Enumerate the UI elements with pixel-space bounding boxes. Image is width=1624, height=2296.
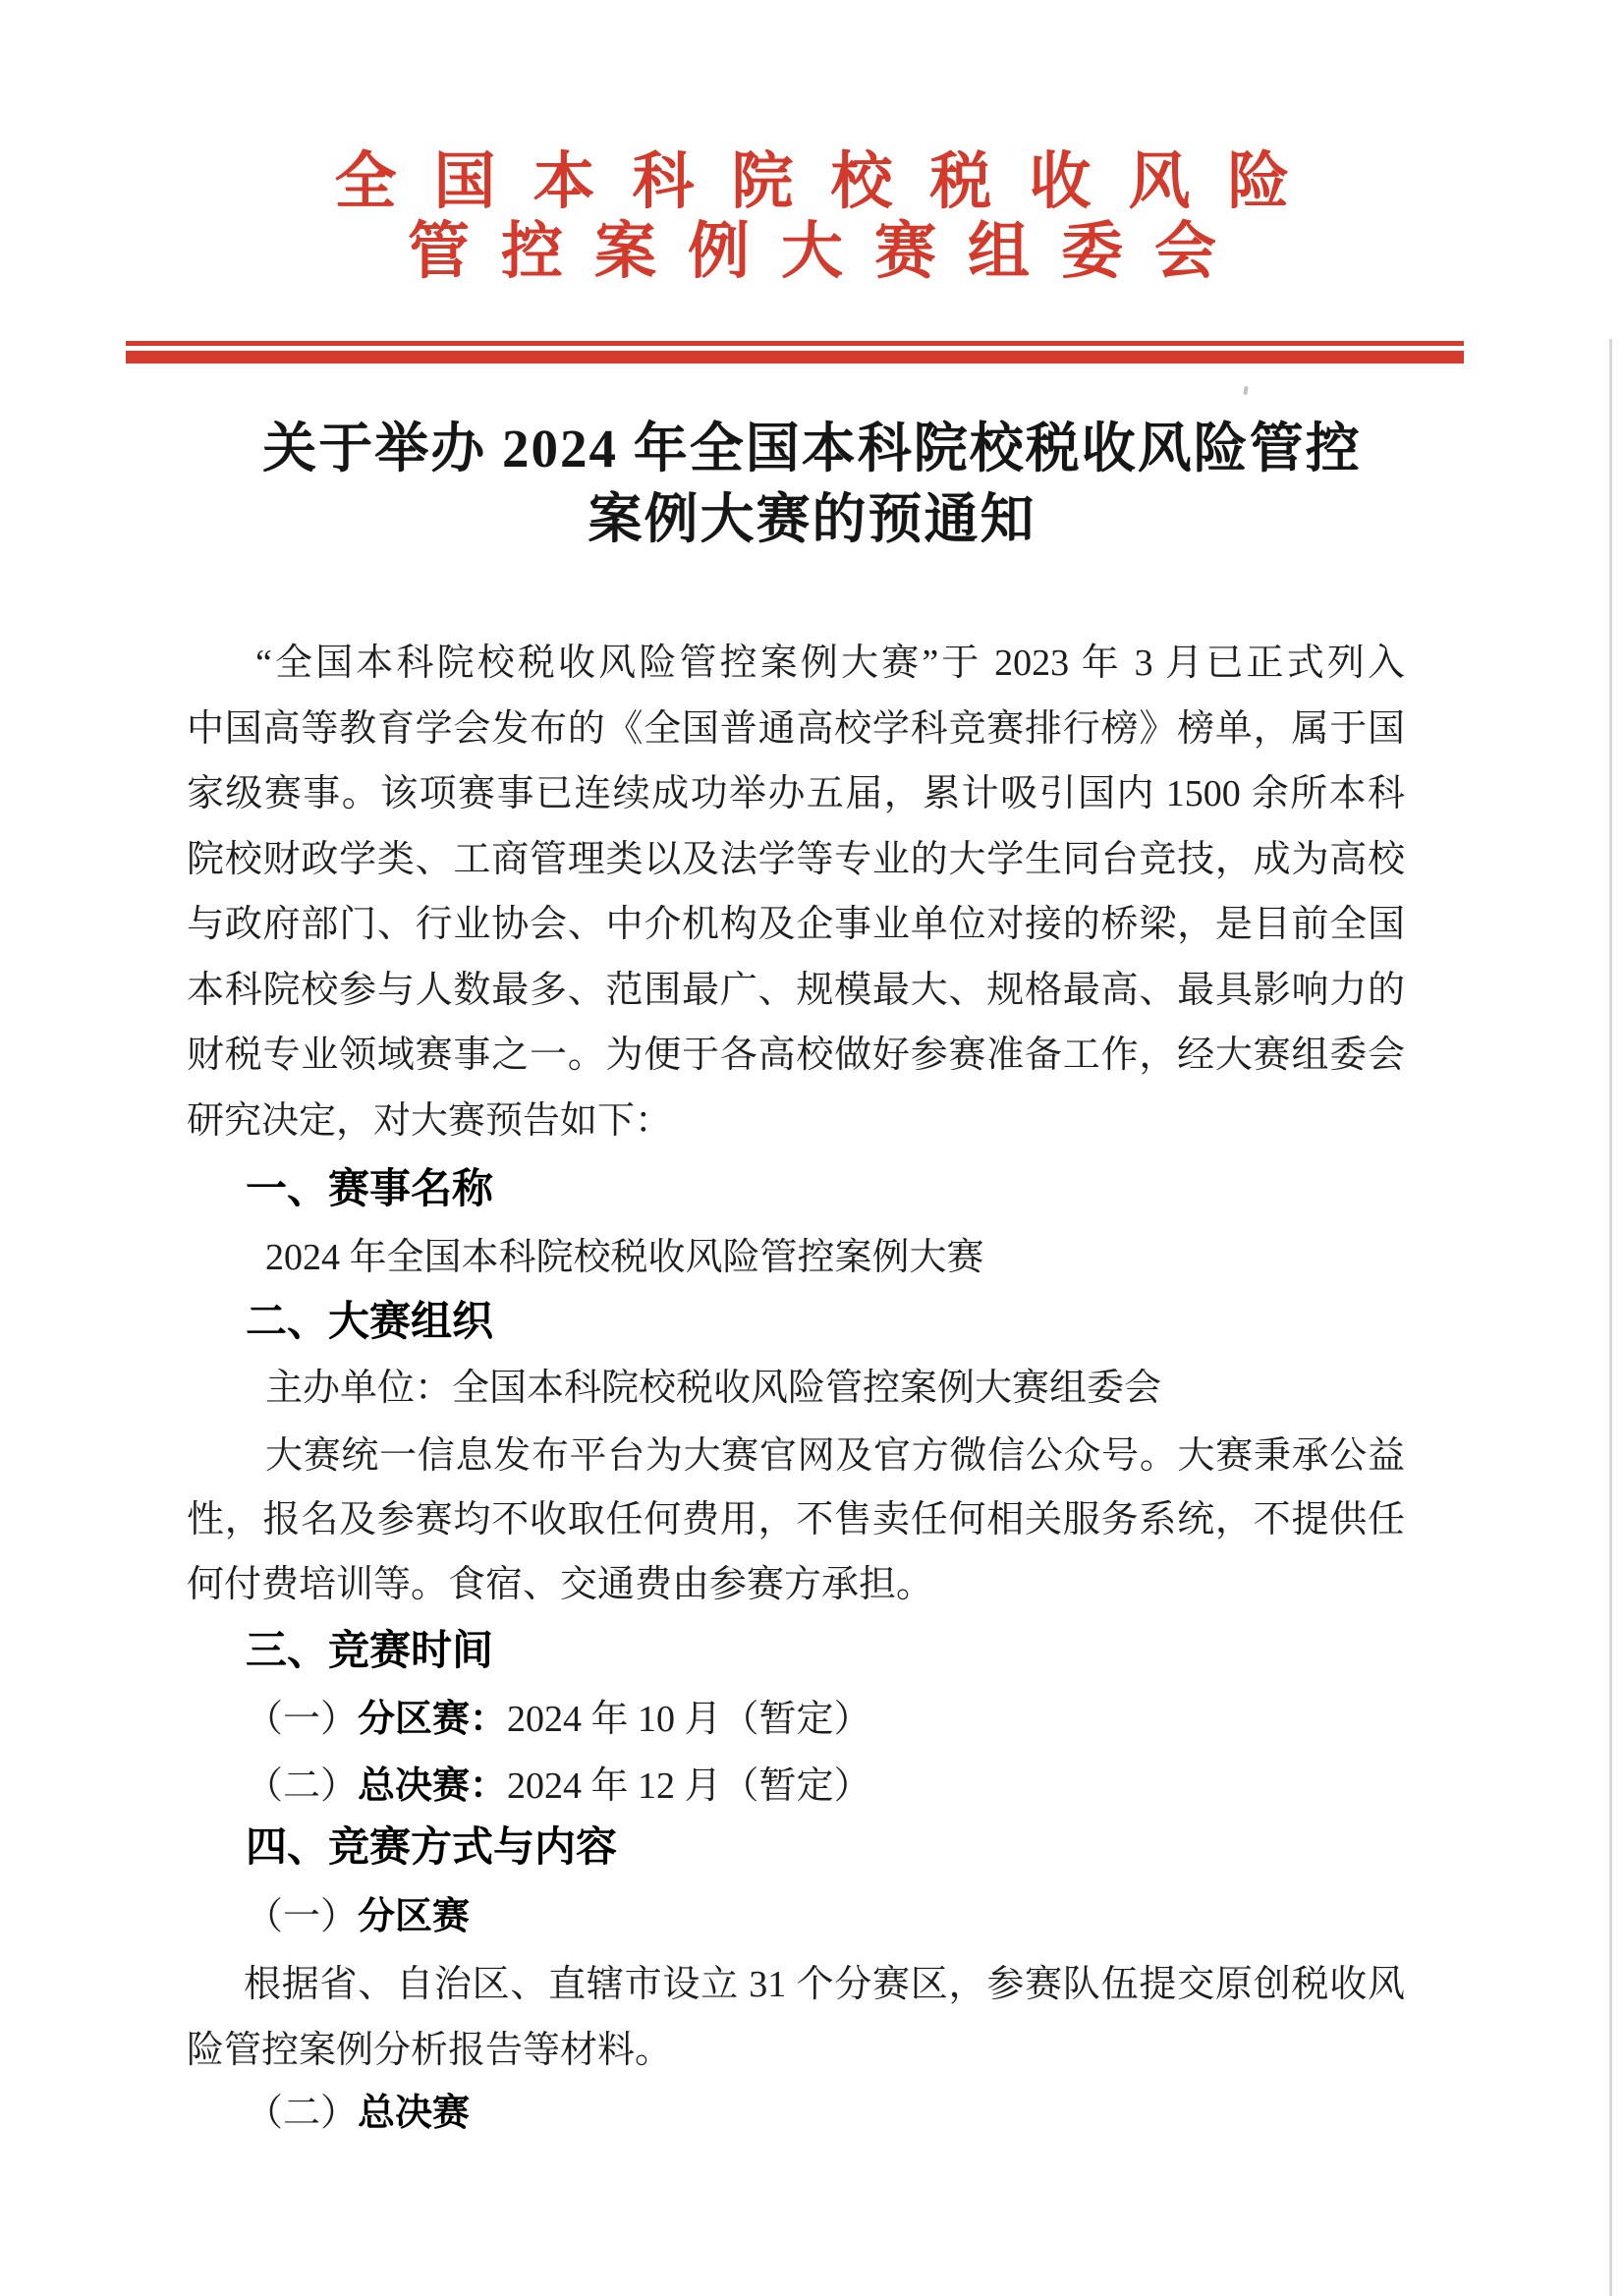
letterhead-org-name-line2: 管控案例大赛组委会 <box>0 217 1624 286</box>
section3-item1-date: 2024 年 10 月（暂定） <box>507 1699 871 1740</box>
section4-sub1-heading: （一）分区赛 <box>246 1893 470 1940</box>
paragraph1-line8: 研究决定，对大赛预告如下： <box>187 1097 672 1145</box>
paragraph1-line3: 家级赛事。该项赛事已连续成功举办五届，累计吸引国内 1500 余所本科 <box>187 770 1405 817</box>
scan-page-edge-shadow <box>1609 339 1612 2296</box>
section2-heading: 二、大赛组织 <box>246 1298 493 1345</box>
section3-item1-numbering: （一） <box>246 1699 358 1740</box>
section4-sub1-numbering: （一） <box>246 1896 358 1937</box>
section4-heading: 四、竞赛方式与内容 <box>246 1823 617 1871</box>
letterhead-rule-thick <box>126 351 1464 364</box>
section3-heading: 三、竞赛时间 <box>246 1627 493 1674</box>
section4-sub1-label: 分区赛 <box>358 1896 470 1937</box>
document-title-line1: 关于举办 2024 年全国本科院校税收风险管控 <box>0 419 1624 479</box>
section3-item2-date: 2024 年 12 月（暂定） <box>507 1765 871 1807</box>
section2-paragraph-line2: 性，报名及参赛均不收取任何费用，不售卖任何相关服务系统，不提供任 <box>187 1496 1405 1543</box>
letterhead-org-name-line1: 全国本科院校税收风险 <box>0 147 1624 216</box>
document-title-line2: 案例大赛的预通知 <box>0 489 1624 550</box>
section4-sub2-heading: （二）总决赛 <box>246 2090 470 2137</box>
paragraph1-line4: 院校财政学类、工商管理类以及法学等专业的大学生同台竞技，成为高校 <box>187 836 1405 883</box>
section1-content: 2024 年全国本科院校税收风险管控案例大赛 <box>265 1234 984 1281</box>
section3-item2-label: 总决赛： <box>358 1765 507 1807</box>
paragraph1-line2: 中国高等教育学会发布的《全国普通高校学科竞赛排行榜》榜单，属于国 <box>187 705 1405 753</box>
section2-paragraph-line3: 何付费培训等。食宿、交通费由参赛方承担。 <box>187 1561 933 1608</box>
section3-item1-label: 分区赛： <box>358 1699 507 1740</box>
section1-heading: 一、赛事名称 <box>246 1165 493 1212</box>
section3-item2-numbering: （二） <box>246 1765 358 1807</box>
paragraph1-line6: 本科院校参与人数最多、范围最广、规模最大、规格最高、最具影响力的 <box>187 967 1405 1014</box>
scan-artifact-dot <box>1243 386 1248 395</box>
section4-sub1-paragraph-line2: 险管控案例分析报告等材料。 <box>187 2027 672 2074</box>
paragraph1-line1: “全国本科院校税收风险管控案例大赛”于 2023 年 3 月已正式列入 <box>187 640 1405 687</box>
section2-paragraph-line1: 大赛统一信息发布平台为大赛官网及官方微信公众号。大赛秉承公益 <box>187 1432 1405 1480</box>
section3-item1: （一）分区赛：2024 年 10 月（暂定） <box>246 1696 871 1743</box>
section2-host-line: 主办单位：全国本科院校税收风险管控案例大赛组委会 <box>265 1365 1161 1412</box>
letterhead-rule-thin <box>126 341 1464 346</box>
paragraph1-line7: 财税专业领域赛事之一。为便于各高校做好参赛准备工作，经大赛组委会 <box>187 1032 1405 1079</box>
section4-sub2-numbering: （二） <box>246 2093 358 2134</box>
section4-sub1-paragraph-line1: 根据省、自治区、直辖市设立 31 个分赛区，参赛队伍提交原创税收风 <box>187 1961 1405 2008</box>
scanned-document-page: 全国本科院校税收风险 管控案例大赛组委会 关于举办 2024 年全国本科院校税收… <box>0 0 1624 2296</box>
section3-item2: （二）总决赛：2024 年 12 月（暂定） <box>246 1763 871 1810</box>
paragraph1-line5: 与政府部门、行业协会、中介机构及企事业单位对接的桥梁，是目前全国 <box>187 901 1405 948</box>
section4-sub2-label: 总决赛 <box>358 2093 470 2134</box>
